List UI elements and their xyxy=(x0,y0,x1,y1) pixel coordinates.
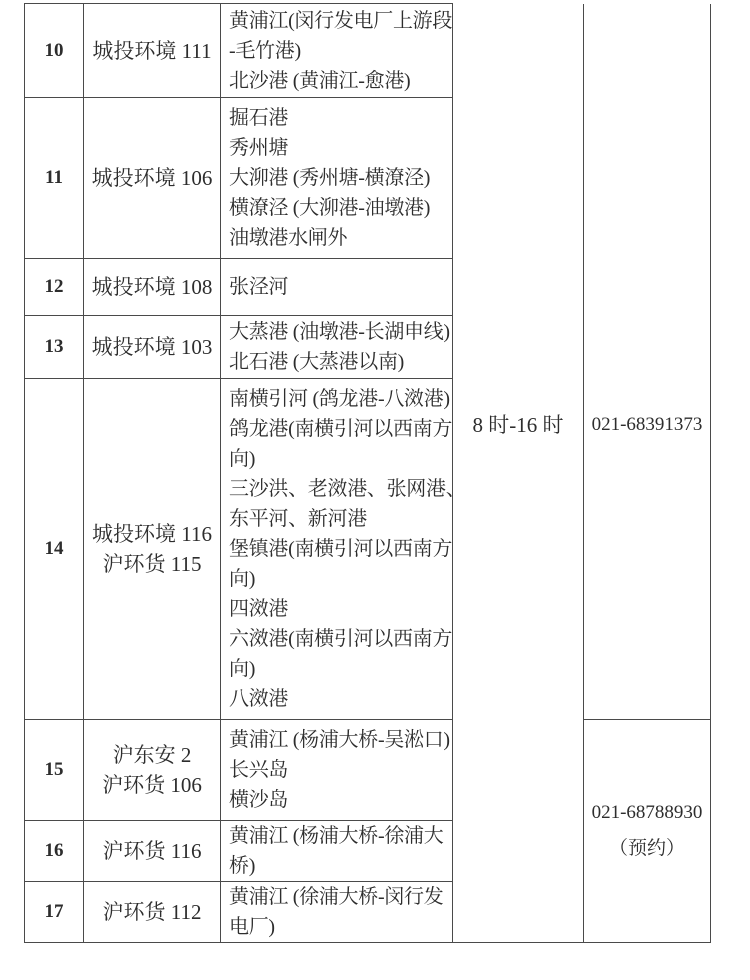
phone-number: 021-68391373 xyxy=(584,410,710,440)
vessel-name: 沪环货 106 xyxy=(84,770,220,800)
water-line: 鸽龙港(南横引河以西南方 xyxy=(229,414,448,444)
time-window-cell: 8 时-16 时 xyxy=(453,4,584,943)
row-number: 13 xyxy=(25,316,84,379)
table-row: 15 沪东安 2 沪环货 106 黄浦江 (杨浦大桥-吴淞口) 长兴岛 横沙岛 … xyxy=(25,720,711,821)
vessel-name-cell: 沪环货 116 xyxy=(84,821,221,882)
water-line: 横沙岛 xyxy=(229,785,448,815)
water-line: 向) xyxy=(229,444,448,474)
vessel-schedule-table: 10 城投环境 111 黄浦江(闵行发电厂上游段 -毛竹港) 北沙港 (黄浦江-… xyxy=(24,3,711,943)
vessel-name: 城投环境 111 xyxy=(84,36,220,66)
vessel-name: 城投环境 103 xyxy=(84,332,220,362)
water-line: 六滧港(南横引河以西南方 xyxy=(229,624,448,654)
waters-cell: 掘石港 秀州塘 大泖港 (秀州塘-横潦泾) 横潦泾 (大泖港-油墩港) 油墩港水… xyxy=(221,98,453,259)
waters-cell: 大蒸港 (油墩港-长湖申线) 北石港 (大蒸港以南) xyxy=(221,316,453,379)
water-line: 横潦泾 (大泖港-油墩港) xyxy=(229,193,448,223)
waters-cell: 黄浦江 (杨浦大桥-徐浦大 桥) xyxy=(221,821,453,882)
water-line: 堡镇港(南横引河以西南方 xyxy=(229,534,448,564)
water-line: 四滧港 xyxy=(229,594,448,624)
vessel-name: 沪环货 116 xyxy=(84,836,220,866)
vessel-name: 沪东安 2 xyxy=(84,740,220,770)
water-line: 八滧港 xyxy=(229,684,448,714)
waters-cell: 黄浦江(闵行发电厂上游段 -毛竹港) 北沙港 (黄浦江-愈港) xyxy=(221,4,453,98)
row-number: 14 xyxy=(25,379,84,720)
vessel-name-cell: 城投环境 103 xyxy=(84,316,221,379)
water-line: 北石港 (大蒸港以南) xyxy=(229,347,448,377)
water-line: 长兴岛 xyxy=(229,755,448,785)
water-line: 向) xyxy=(229,654,448,684)
row-number: 11 xyxy=(25,98,84,259)
water-line: 黄浦江(闵行发电厂上游段 xyxy=(229,6,448,36)
water-line: 黄浦江 (徐浦大桥-闵行发 xyxy=(229,882,448,912)
vessel-name-cell: 城投环境 108 xyxy=(84,259,221,316)
water-line: 向) xyxy=(229,564,448,594)
water-line: 黄浦江 (杨浦大桥-吴淞口) xyxy=(229,725,448,755)
vessel-name-cell: 沪环货 112 xyxy=(84,882,221,943)
phone-cell-primary: 021-68391373 xyxy=(584,4,711,720)
phone-cell-secondary: 021-68788930 （预约） xyxy=(584,720,711,943)
waters-cell: 张泾河 xyxy=(221,259,453,316)
vessel-name: 城投环境 116 xyxy=(84,519,220,549)
row-number: 10 xyxy=(25,4,84,98)
water-line: 东平河、新河港 xyxy=(229,504,448,534)
water-line: 南横引河 (鸽龙港-八滧港) xyxy=(229,384,448,414)
row-number: 15 xyxy=(25,720,84,821)
vessel-name: 沪环货 115 xyxy=(84,549,220,579)
vessel-name-cell: 城投环境 116 沪环货 115 xyxy=(84,379,221,720)
vessel-name-cell: 沪东安 2 沪环货 106 xyxy=(84,720,221,821)
waters-cell: 南横引河 (鸽龙港-八滧港) 鸽龙港(南横引河以西南方 向) 三沙洪、老滧港、张… xyxy=(221,379,453,720)
water-line: 桥) xyxy=(229,851,448,881)
water-line: 电厂) xyxy=(229,912,448,942)
water-line: 三沙洪、老滧港、张网港、 xyxy=(229,474,448,504)
water-line: 掘石港 xyxy=(229,103,448,133)
phone-note: （预约） xyxy=(584,831,710,867)
row-number: 12 xyxy=(25,259,84,316)
water-line: 张泾河 xyxy=(229,272,448,302)
water-line: 大蒸港 (油墩港-长湖申线) xyxy=(229,317,448,347)
phone-number: 021-68788930 xyxy=(584,795,710,831)
water-line: 秀州塘 xyxy=(229,133,448,163)
water-line: -毛竹港) xyxy=(229,36,448,66)
vessel-name-cell: 城投环境 111 xyxy=(84,4,221,98)
waters-cell: 黄浦江 (徐浦大桥-闵行发 电厂) xyxy=(221,882,453,943)
waters-cell: 黄浦江 (杨浦大桥-吴淞口) 长兴岛 横沙岛 xyxy=(221,720,453,821)
vessel-name: 沪环货 112 xyxy=(84,897,220,927)
water-line: 大泖港 (秀州塘-横潦泾) xyxy=(229,163,448,193)
document-page: 10 城投环境 111 黄浦江(闵行发电厂上游段 -毛竹港) 北沙港 (黄浦江-… xyxy=(0,0,750,980)
vessel-name-cell: 城投环境 106 xyxy=(84,98,221,259)
row-number: 16 xyxy=(25,821,84,882)
table-row: 10 城投环境 111 黄浦江(闵行发电厂上游段 -毛竹港) 北沙港 (黄浦江-… xyxy=(25,4,711,98)
water-line: 黄浦江 (杨浦大桥-徐浦大 xyxy=(229,821,448,851)
vessel-name: 城投环境 108 xyxy=(84,272,220,302)
water-line: 北沙港 (黄浦江-愈港) xyxy=(229,66,448,96)
row-number: 17 xyxy=(25,882,84,943)
time-window: 8 时-16 时 xyxy=(453,410,583,440)
water-line: 油墩港水闸外 xyxy=(229,223,448,253)
vessel-name: 城投环境 106 xyxy=(84,163,220,193)
